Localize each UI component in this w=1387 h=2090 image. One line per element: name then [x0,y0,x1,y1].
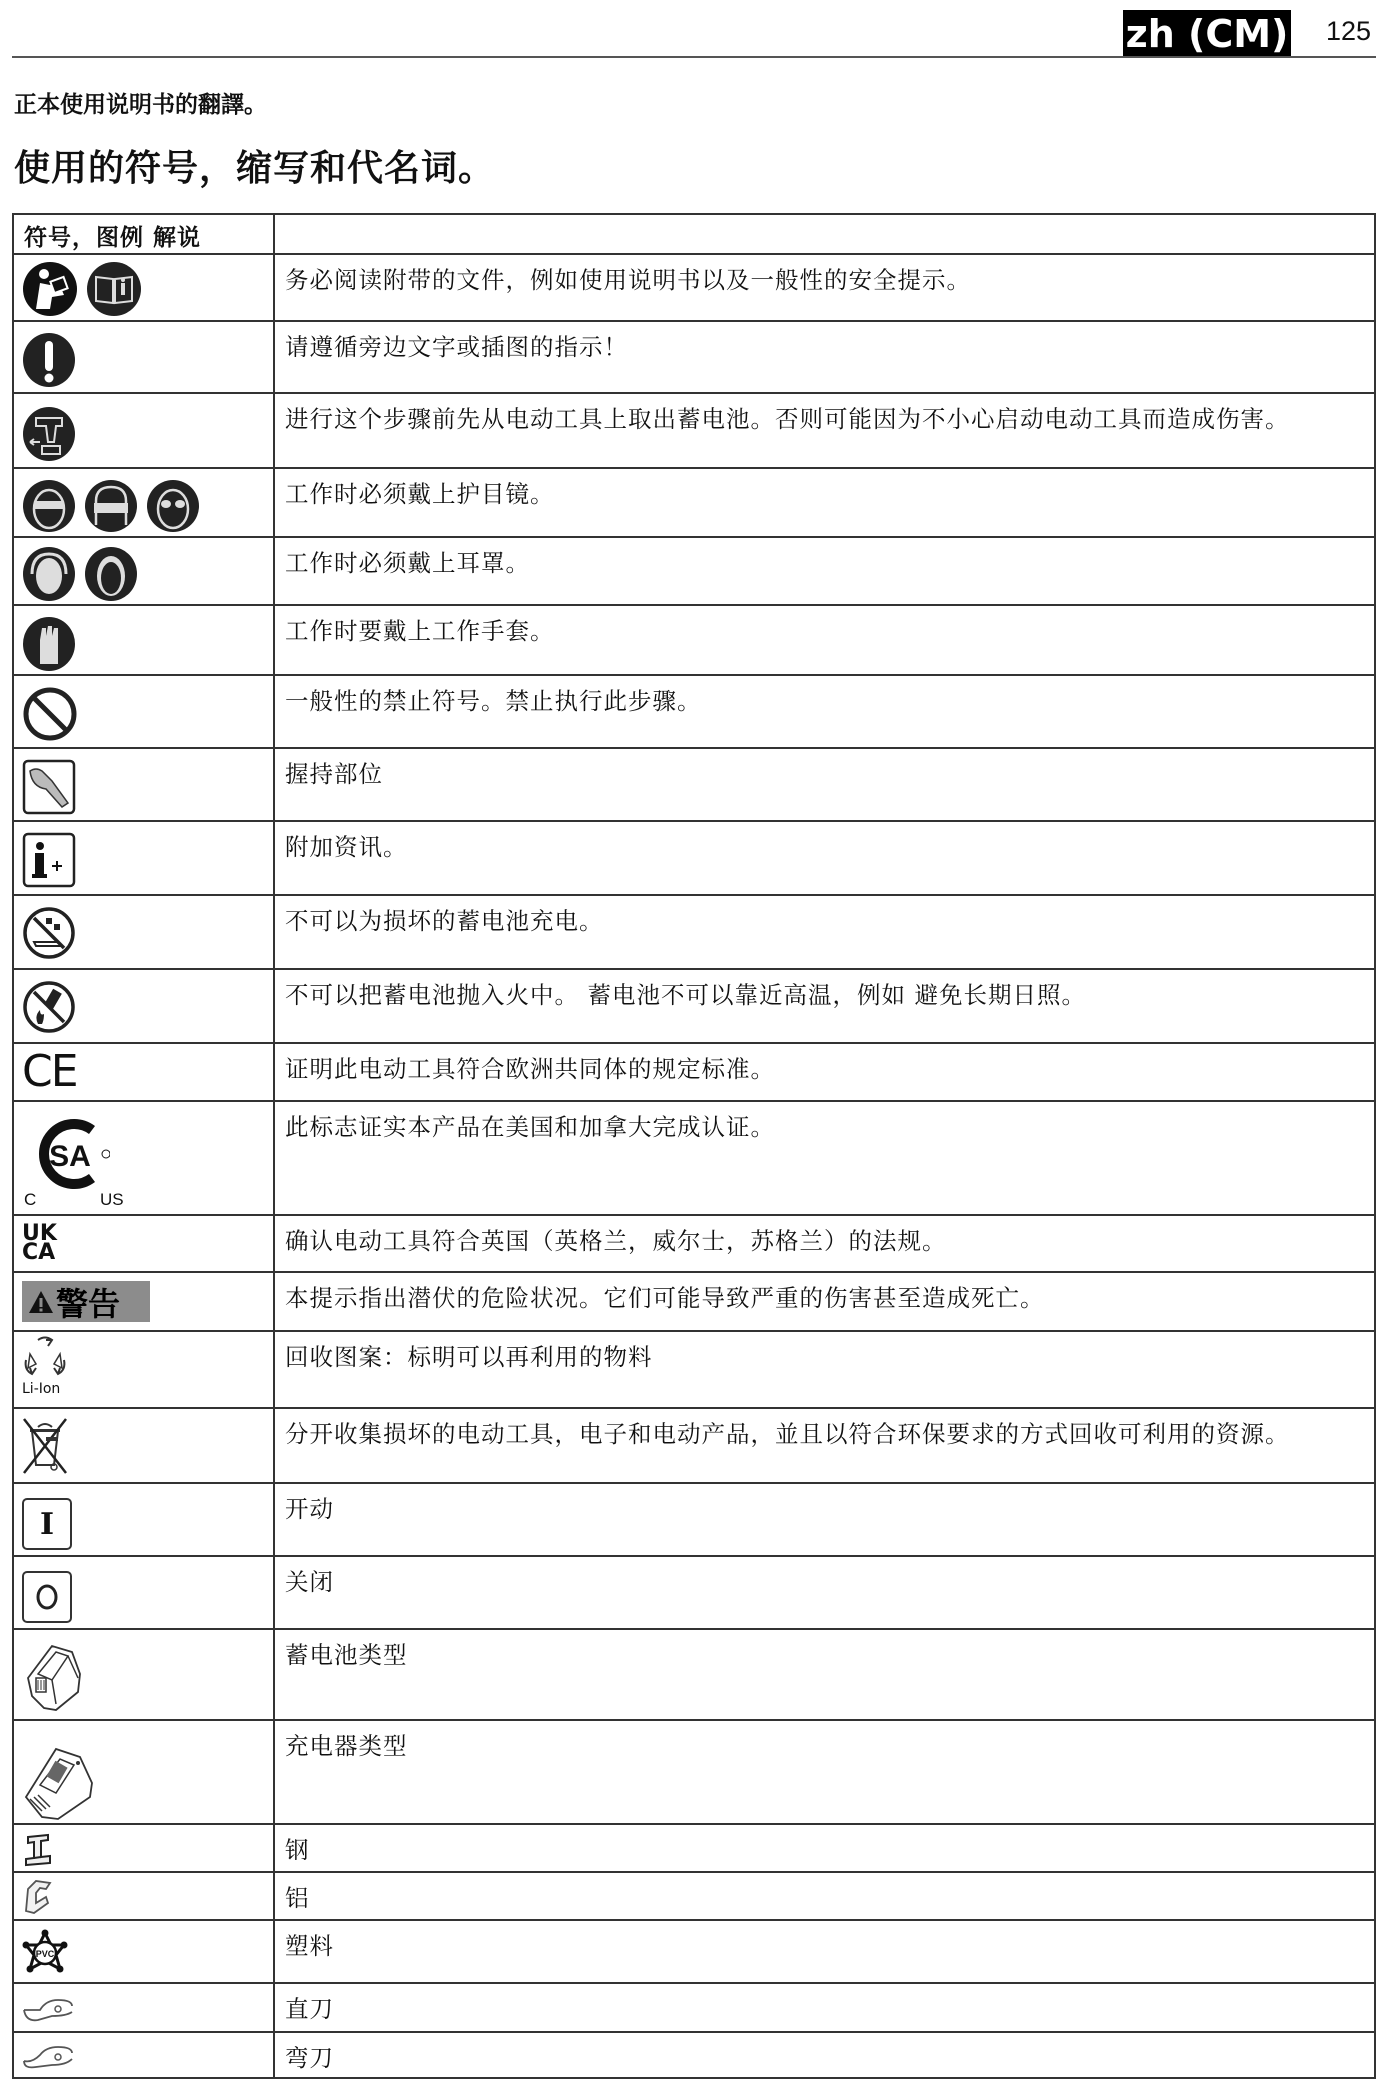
grip-area-icon [22,759,76,815]
symbol-cell [13,321,274,393]
explanation-cell: 直刀 [274,1983,1375,2032]
table-row: I 开动 [13,1483,1375,1556]
symbol-cell: UK CA [13,1215,274,1272]
page-number: 125 [1326,16,1371,47]
explanation-cell: 不可以把蓄电池抛入火中。 蓄电池不可以靠近高温，例如 避免长期日照。 [274,969,1375,1043]
translation-note: 正本使用说明书的翻譯。 [14,86,267,119]
explanation-cell: 钢 [274,1824,1375,1872]
steel-beam-icon [22,1833,56,1867]
symbol-cell: SA C US [13,1101,274,1215]
plastic-pvc-icon: PVC [22,1929,68,1977]
symbol-cell [13,1629,274,1720]
symbol-cell [13,895,274,969]
csa-us-icon: SA [30,1114,110,1194]
goggles-icon [146,479,200,533]
table-row: 分开收集损坏的电动工具，电子和电动产品，並且以符合环保要求的方式回收可利用的资源… [13,1408,1375,1483]
table-row: 弯刀 [13,2032,1375,2078]
ukca-mark-icon: UK CA [22,1224,57,1262]
face-shield-icon [84,479,138,533]
ukca-bottom: CA [22,1243,55,1262]
charger-icon [22,1741,94,1821]
warning-triangle-icon [28,1290,54,1314]
header-rule [12,56,1376,58]
explanation-cell: 塑料 [274,1920,1375,1983]
table-header-row: 符号，图例 解说 [13,214,1375,254]
info-book-icon [86,261,142,317]
table-row: 请遵循旁边文字或插图的指示！ [13,321,1375,393]
symbol-cell [13,969,274,1043]
symbol-cell [13,821,274,895]
straight-blade-icon [22,1996,74,2026]
table-row: UK CA 确认电动工具符合英国（英格兰，威尔士，苏格兰）的法规。 [13,1215,1375,1272]
no-charge-damaged-battery-icon [22,906,76,960]
explanation-cell: 弯刀 [274,2032,1375,2078]
table-row: 附加资讯。 [13,821,1375,895]
header-symbol-cell: 符号，图例 解说 [13,214,274,254]
circle-glyph [35,1583,59,1611]
explanation-cell: 此标志证实本产品在美国和加拿大完成认证。 [274,1101,1375,1215]
explanation-cell: 不可以为损坏的蓄电池充电。 [274,895,1375,969]
table-row: SA C US 此标志证实本产品在美国和加拿大完成认证。 [13,1101,1375,1215]
weee-crossed-bin-icon [22,1417,68,1475]
table-row: 充电器类型 [13,1720,1375,1824]
symbol-cell [13,468,274,537]
explanation-cell: 关闭 [274,1556,1375,1629]
page-title: 使用的符号，缩写和代名词。 [14,140,495,191]
symbol-cell [13,748,274,821]
symbols-table: 符号，图例 解说 务必阅读附带的文件，例如使用说明书以及一般性的安全提示。 请遵… [12,213,1376,2079]
table-row: 钢 [13,1824,1375,1872]
explanation-cell: 铝 [274,1872,1375,1920]
table-row: 务必阅读附带的文件，例如使用说明书以及一般性的安全提示。 [13,254,1375,321]
symbol-cell [13,1720,274,1824]
symbol-cell: CE [13,1043,274,1101]
table-row: Li-Ion 回收图案：标明可以再利用的物料 [13,1331,1375,1408]
explanation-cell: 蓄电池类型 [274,1629,1375,1720]
explanation-cell: 握持部位 [274,748,1375,821]
explanation-cell: 本提示指出潜伏的危险状况。它们可能导致严重的伤害甚至造成死亡。 [274,1272,1375,1331]
explanation-cell: 进行这个步骤前先从电动工具上取出蓄电池。否则可能因为不小心启动电动工具而造成伤害… [274,393,1375,468]
explanation-cell: 充电器类型 [274,1720,1375,1824]
symbol-cell: I [13,1483,274,1556]
explanation-cell: 务必阅读附带的文件，例如使用说明书以及一般性的安全提示。 [274,254,1375,321]
curved-blade-icon [22,2043,74,2073]
table-row: 不可以把蓄电池抛入火中。 蓄电池不可以靠近高温，例如 避免长期日照。 [13,969,1375,1043]
symbol-cell: Li-Ion [13,1331,274,1408]
symbol-cell [13,537,274,605]
ear-muffs-icon [22,546,76,602]
warning-badge-icon: 警告 [22,1281,150,1322]
explanation-cell: 工作时必须戴上耳罩。 [274,537,1375,605]
explanation-cell: 开动 [274,1483,1375,1556]
table-row: PVC 塑料 [13,1920,1375,1983]
hearing-protection-icon [84,546,138,602]
table-row: 关闭 [13,1556,1375,1629]
safety-glasses-icon [22,479,76,533]
symbol-cell [13,1872,274,1920]
csa-us-label: US [100,1190,124,1210]
symbol-cell [13,1983,274,2032]
exclamation-icon [22,332,76,388]
table-row: 工作时必须戴上耳罩。 [13,537,1375,605]
aluminum-profile-icon [22,1879,56,1915]
table-row: 工作时要戴上工作手套。 [13,605,1375,675]
table-row: CE 证明此电动工具符合欧洲共同体的规定标准。 [13,1043,1375,1101]
header-explanation-cell [274,214,1375,254]
explanation-cell: 证明此电动工具符合欧洲共同体的规定标准。 [274,1043,1375,1101]
symbol-cell: PVC [13,1920,274,1983]
table-row: 进行这个步骤前先从电动工具上取出蓄电池。否则可能因为不小心启动电动工具而造成伤害… [13,393,1375,468]
no-fire-battery-icon [22,980,76,1034]
symbol-cell: 警告 [13,1272,274,1331]
symbol-cell [13,605,274,675]
explanation-cell: 分开收集损坏的电动工具，电子和电动产品，並且以符合环保要求的方式回收可利用的资源… [274,1408,1375,1483]
warning-label: 警告 [56,1279,120,1325]
symbol-cell [13,2032,274,2078]
symbol-cell [13,1408,274,1483]
table-row: 蓄电池类型 [13,1629,1375,1720]
gloves-icon [22,616,76,672]
explanation-cell: 确认电动工具符合英国（英格兰，威尔士，苏格兰）的法规。 [274,1215,1375,1272]
table-row: 铝 [13,1872,1375,1920]
remove-battery-icon [22,406,76,462]
symbol-cell [13,1556,274,1629]
pvc-label: PVC [36,1949,55,1959]
table-row: 一般性的禁止符号。禁止执行此步骤。 [13,675,1375,748]
symbol-cell [13,393,274,468]
prohibition-icon [22,686,78,742]
explanation-cell: 一般性的禁止符号。禁止执行此步骤。 [274,675,1375,748]
symbol-cell [13,675,274,748]
svg-text:SA: SA [49,1140,91,1173]
explanation-cell: 请遵循旁边文字或插图的指示！ [274,321,1375,393]
language-badge: zh (CM) [1123,10,1291,57]
ce-mark-icon: CE [22,1050,77,1094]
explanation-cell: 工作时必须戴上护目镜。 [274,468,1375,537]
table-row: 工作时必须戴上护目镜。 [13,468,1375,537]
power-on-label: I [40,1507,54,1542]
info-plus-icon [22,832,76,888]
power-on-icon: I [22,1498,72,1550]
li-ion-label: Li-Ion [22,1382,60,1396]
table-row: 直刀 [13,1983,1375,2032]
power-off-icon [22,1571,72,1623]
symbol-cell [13,254,274,321]
recycle-li-ion-icon [22,1336,68,1386]
explanation-cell: 工作时要戴上工作手套。 [274,605,1375,675]
table-row: 警告 本提示指出潜伏的危险状况。它们可能导致严重的伤害甚至造成死亡。 [13,1272,1375,1331]
table-row: 不可以为损坏的蓄电池充电。 [13,895,1375,969]
explanation-cell: 回收图案：标明可以再利用的物料 [274,1331,1375,1408]
csa-c-label: C [24,1190,36,1210]
table-row: 握持部位 [13,748,1375,821]
symbol-cell [13,1824,274,1872]
read-manual-icon [22,261,78,317]
battery-pack-icon [22,1638,84,1714]
explanation-cell: 附加资讯。 [274,821,1375,895]
